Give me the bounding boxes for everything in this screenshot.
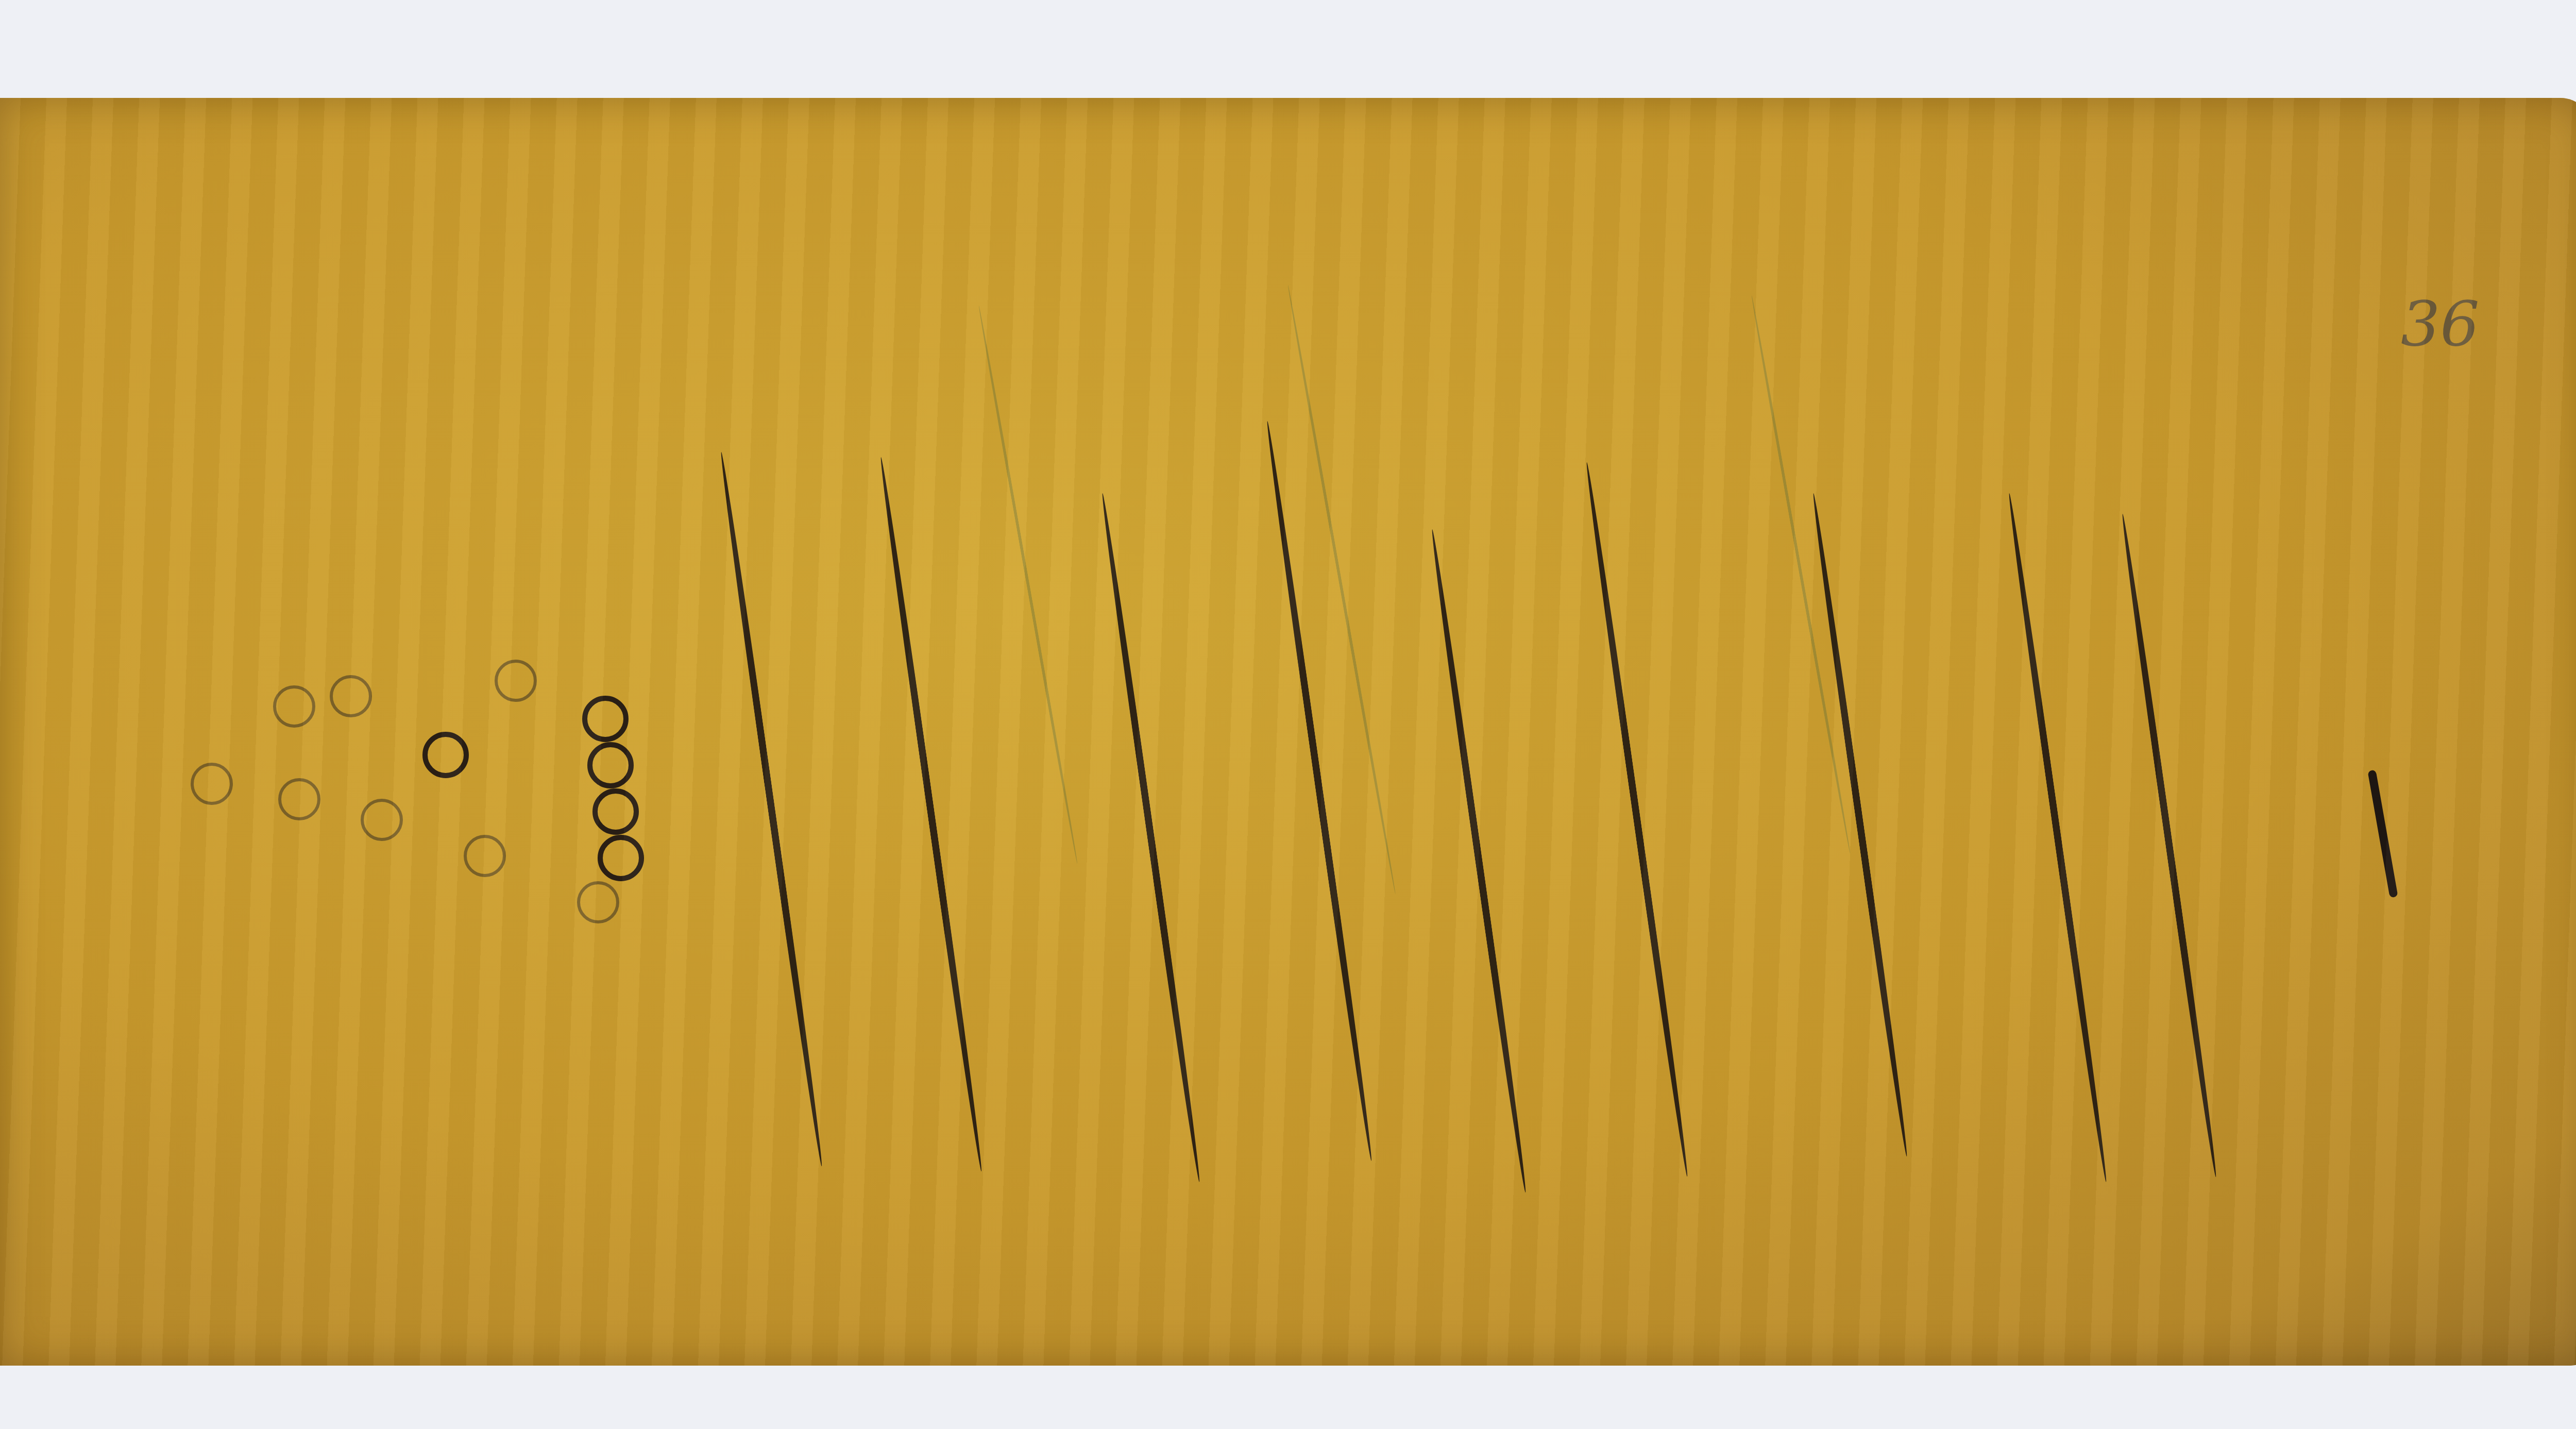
- siyaq-numeral-faint: [361, 799, 403, 841]
- siyaq-numeral-faint: [273, 685, 315, 728]
- siyaq-numeral-faint: [278, 778, 320, 820]
- siyaq-numeral-faint: [464, 835, 506, 877]
- siyaq-numeral-faint: [577, 881, 619, 923]
- bleed-through-stroke: [977, 305, 1079, 864]
- siyaq-numeral-faint: [495, 660, 537, 702]
- text-line: [718, 451, 825, 1167]
- siyaq-numeral: [587, 742, 634, 788]
- bleed-through-stroke: [1286, 284, 1397, 894]
- siyaq-numeral-faint: [191, 763, 233, 805]
- text-line: [2119, 513, 2219, 1178]
- text-line: [1429, 529, 1529, 1193]
- text-line: [1264, 421, 1375, 1162]
- text-line: [1810, 493, 1910, 1157]
- siyaq-numeral: [582, 696, 629, 742]
- text-line: [2006, 493, 2110, 1183]
- manuscript-page: 36: [0, 98, 2576, 1366]
- siyaq-numeral-faint: [330, 675, 372, 717]
- text-line: [1583, 462, 1691, 1177]
- siyaq-numeral: [422, 732, 469, 778]
- text-line: [877, 457, 985, 1172]
- bleed-through-stroke: [1750, 295, 1852, 853]
- heading-stroke: [2367, 770, 2398, 898]
- folio-number: 36: [2401, 289, 2480, 360]
- text-line: [1099, 493, 1203, 1183]
- siyaq-numeral: [598, 835, 644, 881]
- siyaq-numeral: [592, 788, 639, 835]
